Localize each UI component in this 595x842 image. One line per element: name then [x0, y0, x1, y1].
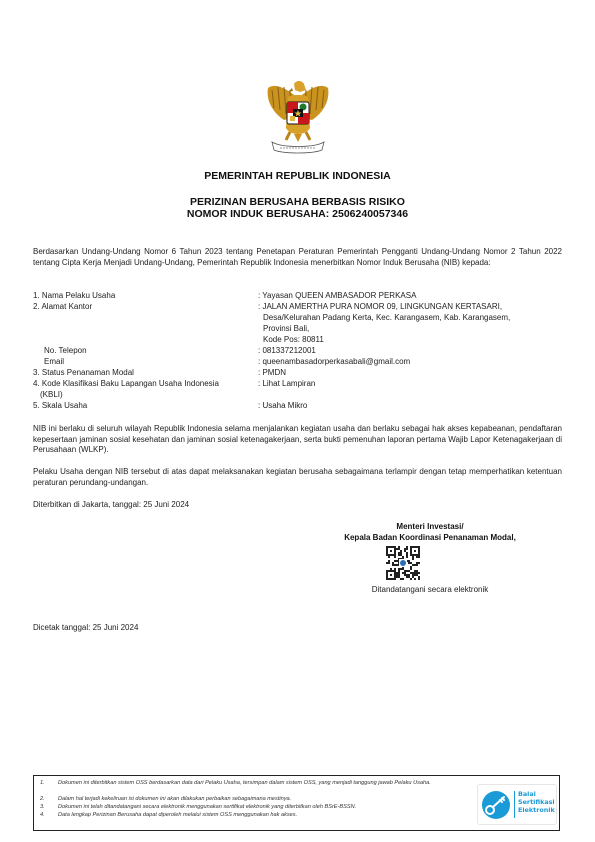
- e-signature-note: Ditandatangani secara elektronik: [320, 585, 540, 596]
- footer-note-number: 3.: [40, 804, 45, 811]
- bsre-text-line1: Balai: [518, 790, 555, 798]
- field-value-email: : queenambasadorperkasabali@gmail.com: [258, 357, 558, 368]
- footer-note-text: Dokumen ini diterbitkan sistem OSS berda…: [58, 780, 488, 787]
- footer-note-text: Data lengkap Perizinan Berusaha dapat di…: [58, 812, 488, 819]
- field-value-alamat-line3: Provinsi Bali,: [258, 324, 563, 335]
- intro-paragraph: Berdasarkan Undang-Undang Nomor 6 Tahun …: [33, 247, 562, 268]
- validity-paragraph: NIB ini berlaku di seluruh wilayah Repub…: [33, 424, 562, 456]
- bsre-key-icon: [481, 790, 511, 820]
- footer-note-number: 1.: [40, 780, 45, 787]
- field-value-alamat-line4: Kode Pos: 80811: [258, 335, 563, 346]
- footer-note-1: 1. Dokumen ini diterbitkan sistem OSS be…: [40, 780, 480, 795]
- bsre-logo: Balai Sertifikasi Elektronik: [477, 784, 557, 825]
- field-label-kbli-line2: (KBLI): [33, 390, 265, 401]
- field-value-nama: : Yayasan QUEEN AMBASADOR PERKASA: [258, 291, 558, 302]
- field-value-skala: : Usaha Mikro: [258, 401, 558, 412]
- bsre-logo-text: Balai Sertifikasi Elektronik: [518, 790, 555, 814]
- qr-code-icon: [386, 546, 420, 580]
- bsre-text-line2: Sertifikasi: [518, 798, 555, 806]
- field-value-kbli: : Lihat Lampiran: [258, 379, 558, 390]
- field-label-skala: 5. Skala Usaha: [33, 401, 258, 412]
- bsre-text-line3: Elektronik: [518, 806, 555, 814]
- conduct-paragraph: Pelaku Usaha dengan NIB tersebut di atas…: [33, 467, 562, 488]
- signatory-title: Menteri Investasi/ Kepala Badan Koordina…: [320, 522, 540, 543]
- footer-note-number: 4.: [40, 812, 45, 819]
- signatory-title-line1: Menteri Investasi/: [396, 522, 463, 531]
- printed-date: Dicetak tanggal: 25 Juni 2024: [33, 623, 138, 634]
- garuda-emblem-icon: [262, 78, 334, 156]
- footer-note-3: 3. Dokumen ini telah ditandatangani seca…: [40, 804, 480, 812]
- footer-note-2: 2. Dalam hal terjadi kekeliruan isi doku…: [40, 796, 480, 804]
- issued-date: Diterbitkan di Jakarta, tanggal: 25 Juni…: [33, 500, 189, 511]
- field-label-alamat: 2. Alamat Kantor: [33, 302, 258, 313]
- document-title: PERIZINAN BERUSAHA BERBASIS RISIKO: [0, 196, 595, 208]
- field-label-email: Email: [33, 357, 269, 368]
- footer-note-text: Dalam hal terjadi kekeliruan isi dokumen…: [58, 796, 488, 803]
- field-label-kbli: 4. Kode Klasifikasi Baku Lapangan Usaha …: [33, 379, 258, 390]
- government-heading: PEMERINTAH REPUBLIK INDONESIA: [0, 170, 595, 182]
- field-value-alamat-line1: : JALAN AMERTHA PURA NOMOR 09, LINGKUNGA…: [258, 302, 558, 313]
- nib-number: NOMOR INDUK BERUSAHA: 2506240057346: [0, 208, 595, 220]
- field-label-telepon: No. Telepon: [33, 346, 269, 357]
- footer-note-text: Dokumen ini telah ditandatangani secara …: [58, 804, 488, 811]
- field-label-nama: 1. Nama Pelaku Usaha: [33, 291, 258, 302]
- field-value-telepon: : 081337212001: [258, 346, 558, 357]
- signatory-title-line2: Kepala Badan Koordinasi Penanaman Modal,: [344, 533, 516, 542]
- field-value-alamat-line2: Desa/Kelurahan Padang Kerta, Kec. Karang…: [258, 313, 563, 324]
- field-label-status: 3. Status Penanaman Modal: [33, 368, 258, 379]
- footer-note-4: 4. Data lengkap Perizinan Berusaha dapat…: [40, 812, 480, 820]
- field-value-status: : PMDN: [258, 368, 558, 379]
- footer-note-number: 2.: [40, 796, 45, 803]
- bsre-divider: [514, 791, 515, 818]
